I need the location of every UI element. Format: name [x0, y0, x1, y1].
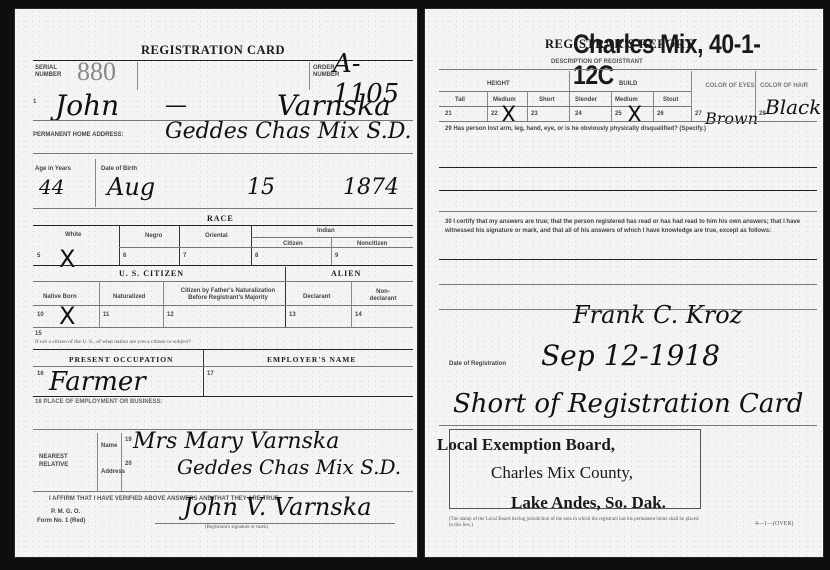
us-citizen-heading: U. S. CITIZEN [119, 269, 184, 278]
registrar-signature: Frank C. Kroz [573, 301, 742, 329]
alien-heading: ALIEN [331, 269, 361, 278]
relative-address: Geddes Chas Mix S.D. [177, 455, 401, 479]
card-annotation: Short of Registration Card [453, 389, 803, 419]
relative-name: Mrs Mary Varnska [133, 429, 339, 454]
description-heading: DESCRIPTION OF REGISTRANT [551, 59, 643, 65]
local-board-line-2: Charles Mix County, [491, 463, 633, 483]
card-title: REGISTRATION CARD [141, 43, 285, 58]
registration-card-front: REGISTRATION CARD SERIAL NUMBER 880 ORDE… [14, 8, 418, 558]
middle-name: — [165, 93, 187, 118]
first-name: John [55, 89, 119, 122]
race-white-mark: X [59, 245, 75, 273]
dob-year: 1874 [343, 175, 399, 200]
citizenship-question: If not a citizen of the U. S., of what n… [35, 339, 191, 345]
occupation-value: Farmer [49, 367, 146, 397]
nearest-relative-label: NEAREST RELATIVE [39, 453, 91, 469]
dob-month: Aug [107, 173, 155, 201]
registrant-signature: John V. Varnska [183, 493, 372, 521]
home-address: Geddes Chas Mix S.D. [165, 119, 412, 144]
age-value: 44 [39, 175, 64, 199]
home-address-label: PERMANENT HOME ADDRESS: [33, 132, 123, 138]
serial-number: 880 [77, 57, 116, 87]
age-label: Age in Years [35, 166, 71, 172]
dob-label: Date of Birth [101, 166, 137, 172]
serial-number-label: SERIAL NUMBER [35, 65, 71, 79]
place-of-employment-label: 18 PLACE OF EMPLOYMENT OR BUSINESS: [35, 399, 163, 405]
last-name: Varnska [277, 89, 391, 122]
disability-question: 29 Has person lost arm, leg, hand, eye, … [445, 125, 815, 133]
date-of-registration-label: Date of Registration [449, 361, 506, 367]
occupation-label: PRESENT OCCUPATION [69, 355, 173, 364]
employer-label: EMPLOYER'S NAME [267, 355, 356, 364]
hair-color: Black [765, 95, 821, 119]
native-born-mark: X [59, 302, 75, 330]
date-of-registration: Sep 12-1918 [541, 339, 720, 372]
local-board-line-1: Local Exemption Board, [437, 435, 615, 455]
registrar-report-back: REGISTRAR'S REPORT Charles Mix, 40-1-12C… [424, 8, 824, 558]
footer-code: 4—1—(OVER) [755, 521, 793, 527]
form-number: Form No. 1 (Red) [37, 518, 85, 524]
dob-day: 15 [247, 175, 275, 200]
certification-text: 30 I certify that my answers are true; t… [445, 218, 815, 235]
board-note: (The stamp of the Local Board having jur… [449, 517, 699, 529]
form-id: P. M. G. O. [51, 509, 80, 515]
local-board-line-3: Lake Andes, So. Dak. [511, 493, 666, 513]
race-heading: RACE [207, 214, 234, 223]
